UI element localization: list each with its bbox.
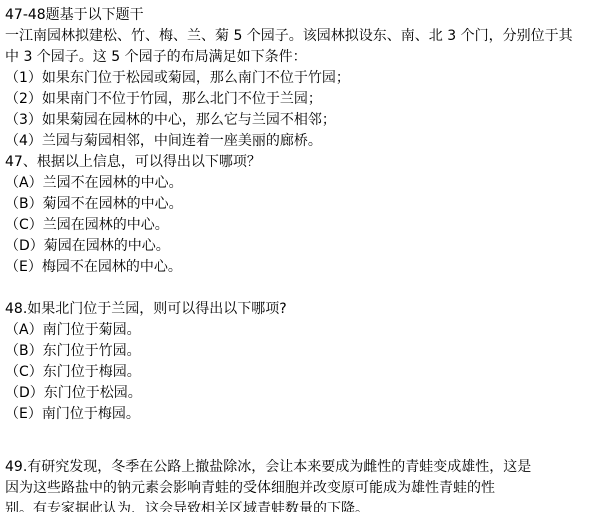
condition-3: （3）如果菊园在园林的中心，那么它与兰园不相邻； <box>5 110 595 131</box>
stem-text-line-1: 一江南园林拟建松、竹、梅、兰、菊 5 个园子。该园林拟设东、南、北 3 个门，分… <box>5 26 595 47</box>
q49-text-line-1: 49.有研究发现，冬季在公路上撤盐除冰，会让本来要成为雌性的青蛙变成雄性，这是 <box>5 457 595 478</box>
q47-option-a: （A）兰园不在园林的中心。 <box>5 173 595 194</box>
q48-option-e: （E）南门位于梅园。 <box>5 404 595 425</box>
condition-2: （2）如果南门不位于竹园，那么北门不位于兰园； <box>5 89 595 110</box>
q49-text-line-3: 别。有专家据此认为，这会导致相关区域青蛙数量的下降。 <box>5 499 595 512</box>
blank-gap-3 <box>5 441 595 457</box>
q48-option-d: （D）东门位于松园。 <box>5 383 595 404</box>
q48-option-c: （C）东门位于梅园。 <box>5 362 595 383</box>
q47-option-c: （C）兰园在园林的中心。 <box>5 215 595 236</box>
q48-option-b: （B）东门位于竹园。 <box>5 341 595 362</box>
question-sheet: 47-48题基于以下题干 一江南园林拟建松、竹、梅、兰、菊 5 个园子。该园林拟… <box>0 0 595 512</box>
q49-text-line-2: 因为这些路盐中的钠元素会影响青蛙的受体细胞并改变原可能成为雄性青蛙的性 <box>5 478 595 499</box>
stem-header: 47-48题基于以下题干 <box>5 5 595 26</box>
q47-option-d: （D）菊园在园林的中心。 <box>5 236 595 257</box>
q48-option-a: （A）南门位于菊园。 <box>5 320 595 341</box>
question-48-text: 48.如果北门位于兰园，则可以得出以下哪项? <box>5 299 595 320</box>
q47-option-b: （B）菊园不在园林的中心。 <box>5 194 595 215</box>
blank-gap-1 <box>5 278 595 299</box>
stem-text-line-2: 中 3 个园子。这 5 个园子的布局满足如下条件： <box>5 47 595 68</box>
blank-gap-2 <box>5 425 595 441</box>
condition-4: （4）兰园与菊园相邻，中间连着一座美丽的廊桥。 <box>5 131 595 152</box>
condition-1: （1）如果东门位于松园或菊园，那么南门不位于竹园； <box>5 68 595 89</box>
question-47-text: 47、根据以上信息，可以得出以下哪项？ <box>5 152 595 173</box>
q47-option-e: （E）梅园不在园林的中心。 <box>5 257 595 278</box>
